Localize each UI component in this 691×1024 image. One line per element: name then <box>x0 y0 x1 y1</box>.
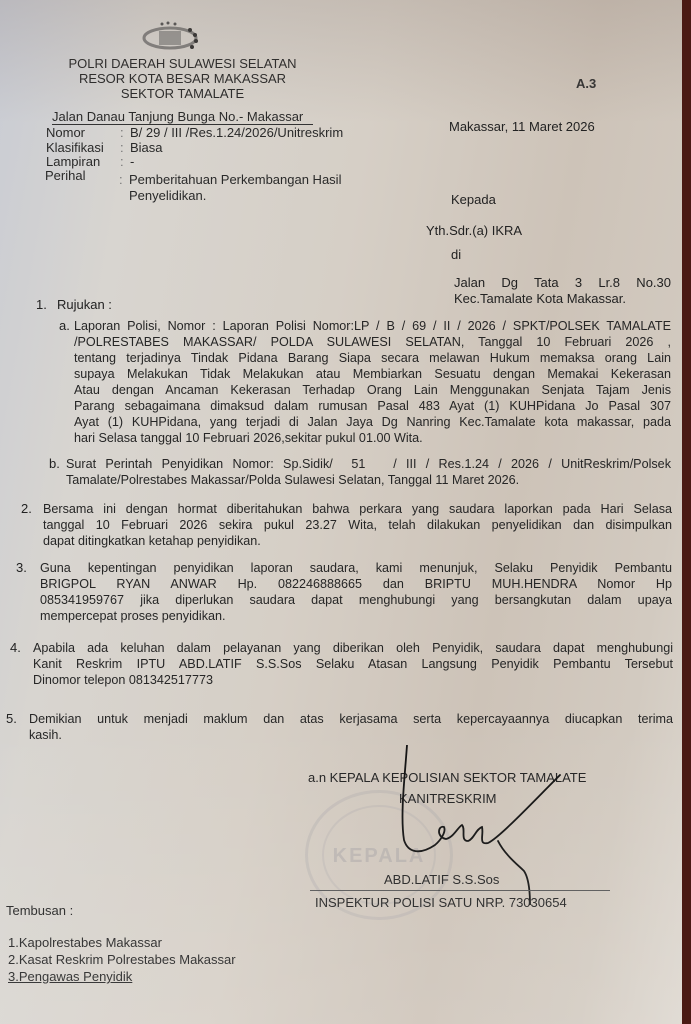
letterhead: POLRI DAERAH SULAWESI SELATAN RESOR KOTA… <box>55 56 310 101</box>
letterhead-address: Jalan Danau Tanjung Bunga No.- Makassar <box>52 109 313 125</box>
recipient-address-line-2: Kec.Tamalate Kota Makassar. <box>454 291 671 307</box>
recipient-di: di <box>451 247 461 263</box>
para-3-line: Guna kepentingan penyidikan laporan saud… <box>40 560 672 576</box>
recipient-name: Yth.Sdr.(a) IKRA <box>426 223 522 239</box>
meta-lampiran-label: Lampiran <box>46 154 120 169</box>
meta-perihal-label: Perihal <box>45 168 119 183</box>
para-2-line: Bersama ini dengan hormat diberitahukan … <box>43 501 672 517</box>
para-4-line: Dinomor telepon 081342517773 <box>33 672 673 688</box>
polri-emblem-icon <box>138 20 208 52</box>
para-1a-line: Laporan Polisi, Nomor : Laporan Polisi N… <box>74 318 671 334</box>
para-4-line: Apabila ada keluhan dalam pelayanan yang… <box>33 640 673 656</box>
cc-list: 1.Kapolrestabes Makassar 2.Kasat Reskrim… <box>8 934 236 985</box>
recipient-kepada: Kepada <box>451 192 496 208</box>
para-1a-line: Parang sebagaimana dimaksud dalam rumusa… <box>74 398 671 414</box>
cc-title: Tembusan : <box>6 903 73 919</box>
letterhead-line-2: RESOR KOTA BESAR MAKASSAR <box>55 71 310 86</box>
para-2: Bersama ini dengan hormat diberitahukan … <box>43 501 672 549</box>
para-1a-line: hari Selasa tanggal 10 Februari 2026,sek… <box>74 430 671 446</box>
para-3: Guna kepentingan penyidikan laporan saud… <box>40 560 672 624</box>
para-3-line: BRIGPOL RYAN ANWAR Hp. 082246888665 dan … <box>40 576 672 592</box>
para-4-line: Kanit Reskrim IPTU ABD.LATIF S.S.Sos Sel… <box>33 656 673 672</box>
para-1b-line: Surat Perintah Penyidikan Nomor: Sp.Sidi… <box>66 456 671 472</box>
para-1a-line: Atau dengan Ancaman Kekerasan Terhadap O… <box>74 382 671 398</box>
para-1b-line: Tamalate/Polrestabes Makassar/Polda Sula… <box>66 472 671 488</box>
para-2-number: 2. <box>21 501 32 517</box>
meta-perihal-value-line-1: Pemberitahuan Perkembangan Hasil <box>129 172 341 188</box>
para-5-number: 5. <box>6 711 17 727</box>
recipient-address: Jalan Dg Tata 3 Lr.8 No.30 Kec.Tamalate … <box>454 275 671 307</box>
para-3-line: 085341959767 jika diperlukan saudara dap… <box>40 592 672 608</box>
para-1a-line: supaya Melakukan Tidak Melakukan atau Me… <box>74 366 671 382</box>
para-4-number: 4. <box>10 640 21 656</box>
meta-lampiran-value: - <box>130 154 134 169</box>
signatory-rank-nrp: INSPEKTUR POLISI SATU NRP. 73030654 <box>315 895 567 911</box>
para-1a-line: Ayat (1) KUHPidana, yang terjadi di Jala… <box>74 414 671 430</box>
para-5: Demikian untuk menjadi maklum dan atas k… <box>29 711 673 743</box>
cc-item: 2.Kasat Reskrim Polrestabes Makassar <box>8 951 236 968</box>
para-3-line: mempercepat proses penyidikan. <box>40 608 672 624</box>
para-2-line: tanggal 10 Februari 2026 sekira pukul 23… <box>43 517 672 533</box>
para-1a-number: a. <box>59 318 70 334</box>
meta-nomor-label: Nomor <box>46 125 120 140</box>
para-5-line: kasih. <box>29 727 673 743</box>
meta-perihal-value-line-2: Penyelidikan. <box>129 188 341 204</box>
letterhead-line-1: POLRI DAERAH SULAWESI SELATAN <box>55 56 310 71</box>
meta-klasifikasi: Klasifikasi:Biasa <box>46 140 163 155</box>
para-1b-number: b. <box>49 456 60 472</box>
para-1-number: 1. <box>36 297 47 313</box>
meta-perihal: Perihal: Pemberitahuan Perkembangan Hasi… <box>45 168 341 204</box>
para-5-line: Demikian untuk menjadi maklum dan atas k… <box>29 711 673 727</box>
para-1a-line: tentang terjadinya Tindak Pidana Barang … <box>74 350 671 366</box>
cc-item: 3.Pengawas Penyidik <box>8 968 236 985</box>
signatory-name: ABD.LATIF S.S.Sos <box>384 872 499 888</box>
para-3-number: 3. <box>16 560 27 576</box>
para-1b: Surat Perintah Penyidikan Nomor: Sp.Sidi… <box>66 456 671 488</box>
meta-nomor-value: B/ 29 / III /Res.1.24/2026/Unitreskrim <box>130 125 343 140</box>
meta-klasifikasi-value: Biasa <box>130 140 163 155</box>
meta-klasifikasi-label: Klasifikasi <box>46 140 120 155</box>
letter-page: POLRI DAERAH SULAWESI SELATAN RESOR KOTA… <box>0 0 682 1024</box>
para-4: Apabila ada keluhan dalam pelayanan yang… <box>33 640 673 688</box>
signature-divider <box>310 890 610 891</box>
place-date: Makassar, 11 Maret 2026 <box>449 119 595 135</box>
form-code: A.3 <box>576 76 596 91</box>
para-1-title: Rujukan : <box>57 297 112 313</box>
recipient-address-line-1: Jalan Dg Tata 3 Lr.8 No.30 <box>454 275 671 291</box>
cc-item: 1.Kapolrestabes Makassar <box>8 934 236 951</box>
para-1a: Laporan Polisi, Nomor : Laporan Polisi N… <box>74 318 671 446</box>
para-1a-line: /POLRESTABES MAKASSAR/ POLDA SULAWESI SE… <box>74 334 671 350</box>
letterhead-line-3: SEKTOR TAMALATE <box>55 86 310 101</box>
meta-lampiran: Lampiran:- <box>46 154 134 169</box>
para-2-line: dapat ditingkatkan ketahap penyidikan. <box>43 533 672 549</box>
meta-nomor: Nomor:B/ 29 / III /Res.1.24/2026/Unitres… <box>46 125 343 140</box>
